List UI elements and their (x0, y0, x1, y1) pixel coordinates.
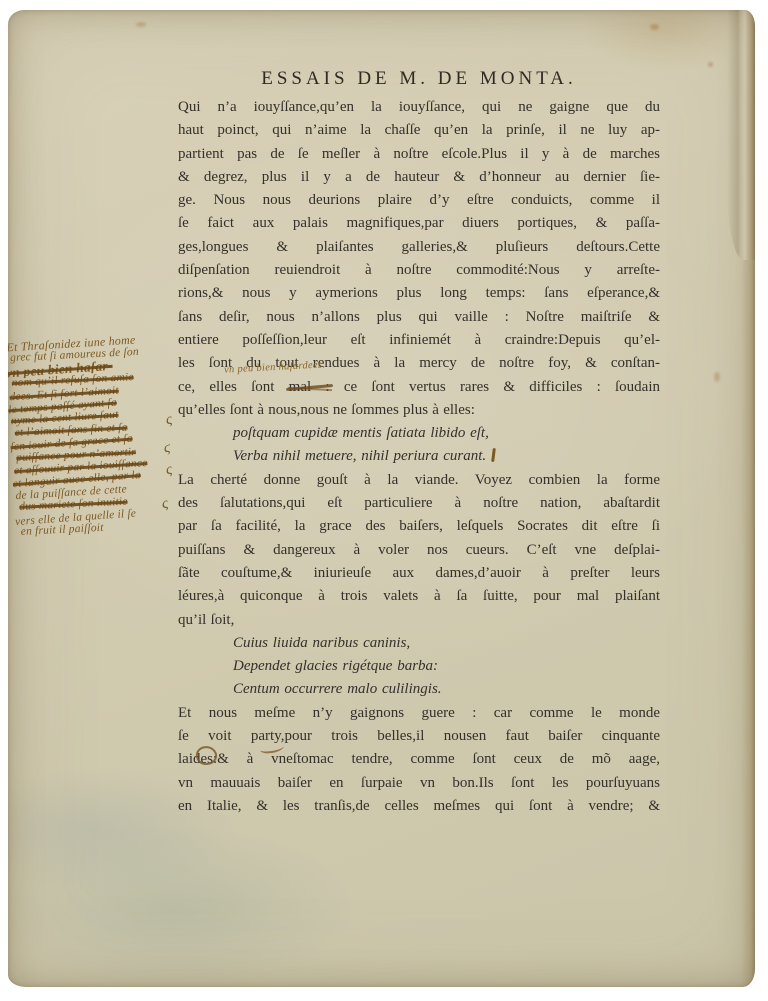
text-run: haut poinct, qui n’aime la chaſſe qu’en … (178, 122, 660, 138)
body-line: ge. Nous nous deurions plaire d’y eſtre … (178, 189, 660, 212)
body-line: léures,à quiconque à trois valets à ſa ſ… (178, 585, 660, 608)
foxing-spot (650, 24, 659, 30)
text-run: ſans deſir, nous n’allons plus qui vaill… (178, 309, 660, 325)
body-line: partient pas de ſe meſler à noſtre eſcol… (178, 143, 660, 166)
verse-line: Cuius liuida naribus caninis, (178, 632, 660, 655)
body-line: ſans deſir, nous n’allons plus qui vaill… (178, 306, 660, 329)
foxing-spot (714, 372, 720, 382)
text-column: Qui n’a iouyſſance,qu’en la iouyſſance, … (178, 96, 660, 818)
body-line: des ſalutations,qui eſt particuliere à n… (178, 492, 660, 515)
body-line: ſe voit party,pour trois belles,il nouse… (178, 725, 660, 748)
body-line: vn mauuais baiſer en ſurpaie vn bon.Ils … (178, 772, 660, 795)
page-right-edge (741, 10, 755, 987)
body-line: ſãte couſtume,& iniurieuſe aux dames,d’a… (178, 562, 660, 585)
text-run: La cherté donne gouſt à la viande. Voyez… (178, 472, 660, 488)
verse-line: Verba nihil metuere, nihil periura curan… (178, 445, 660, 468)
verse-line: Centum occurrere malo culilingis. (178, 678, 660, 701)
struck-word: mal : (289, 379, 330, 395)
body-line: diſpenſation reuiendroit à noſtre commod… (178, 259, 660, 282)
body-line: & degrez, plus il y a de hauteur & d’hon… (178, 166, 660, 189)
text-run: vn mauuais baiſer en ſurpaie vn bon.Ils … (178, 775, 660, 791)
verse-line: poſtquam cupidæ mentis ſatiata libido eſ… (178, 422, 660, 445)
body-line: puiſſans & dangereux à voler nos cueurs.… (178, 539, 660, 562)
text-run: par ſa facilité, la grace des baiſers, l… (178, 518, 660, 534)
text-run: Cuius liuida naribus caninis, (233, 635, 410, 651)
text-run: ges,longues & plaiſantes galleries,& plu… (178, 239, 660, 255)
text-run: Centum occurrere malo culilingis. (233, 681, 442, 697)
body-line: La cherté donne gouſt à la viande. Voyez… (178, 469, 660, 492)
body-line: en Italie, & les tranſis,de celles meſme… (178, 795, 660, 818)
body-line: qu’elles ſont à nous,nous ne ſommes plus… (178, 399, 660, 422)
running-header: ESSAIS DE M. DE MONTA. (178, 68, 660, 90)
text-run: partient pas de ſe meſler à noſtre eſcol… (178, 146, 660, 162)
foxing-spot (136, 22, 146, 27)
text-run: Qui n’a iouyſſance,qu’en la iouyſſance, … (178, 99, 660, 115)
text-run: poſtquam cupidæ mentis ſatiata libido eſ… (233, 425, 489, 441)
text-run: ſe voit party,pour trois belles,il nouse… (178, 728, 660, 744)
text-run: entiere poſſeſſion,leur eſt infiniemét à… (178, 332, 660, 348)
text-run: & degrez, plus il y a de hauteur & d’hon… (178, 169, 660, 185)
text-run: ſãte couſtume,& iniurieuſe aux dames,d’a… (178, 565, 660, 581)
text-run: laides:& à vneſtomac tendre, comme ſont … (178, 751, 660, 767)
verse-line: Dependet glacies rigétque barba: (178, 655, 660, 678)
text-run: ce, elles ſont (178, 379, 289, 395)
text-run: ge. Nous nous deurions plaire d’y eſtre … (178, 192, 660, 208)
body-line: ges,longues & plaiſantes galleries,& plu… (178, 236, 660, 259)
text-run: puiſſans & dangereux à voler nos cueurs.… (178, 542, 660, 558)
text-run: qu’elles ſont à nous,nous ne ſommes plus… (178, 402, 475, 418)
text-run: en Italie, & les tranſis,de celles meſme… (178, 798, 660, 814)
foxing-spot (708, 62, 713, 67)
body-line: entiere poſſeſſion,leur eſt infiniemét à… (178, 329, 660, 352)
text-run: qu’il ſoit, (178, 612, 234, 628)
body-line: par ſa facilité, la grace des baiſers, l… (178, 515, 660, 538)
text-run: rions,& nous y aymerions plus long temps… (178, 285, 660, 301)
body-line: Qui n’a iouyſſance,qu’en la iouyſſance, … (178, 96, 660, 119)
text-run: ce ſont vertus rares & difficiles : ſoud… (330, 379, 660, 395)
pen-stroke-icon (491, 448, 495, 462)
text-run: Dependet glacies rigétque barba: (233, 658, 438, 674)
text-run: léures,à quiconque à trois valets à ſa ſ… (178, 588, 660, 604)
body-line: ſe faict aux palais magnifiques,par diue… (178, 212, 660, 235)
text-run: Et nous meſme n’y gaignons guere : car c… (178, 705, 660, 721)
body-line: qu’il ſoit, (178, 609, 660, 632)
text-run: Verba nihil metuere, nihil periura curan… (233, 448, 486, 464)
text-run: diſpenſation reuiendroit à noſtre commod… (178, 262, 660, 278)
body-line: haut poinct, qui n’aime la chaſſe qu’en … (178, 119, 660, 142)
body-line: Et nous meſme n’y gaignons guere : car c… (178, 702, 660, 725)
text-run: ſe faict aux palais magnifiques,par diue… (178, 215, 660, 231)
body-line: laides:& à vneſtomac tendre, comme ſont … (178, 748, 660, 771)
body-line: rions,& nous y aymerions plus long temps… (178, 282, 660, 305)
body-line: ce, elles ſont mal : ce ſont vertus rare… (178, 376, 660, 399)
text-run: des ſalutations,qui eſt particuliere à n… (178, 495, 660, 511)
scanned-book-page: ESSAIS DE M. DE MONTA. Qui n’a iouyſſanc… (8, 10, 755, 987)
